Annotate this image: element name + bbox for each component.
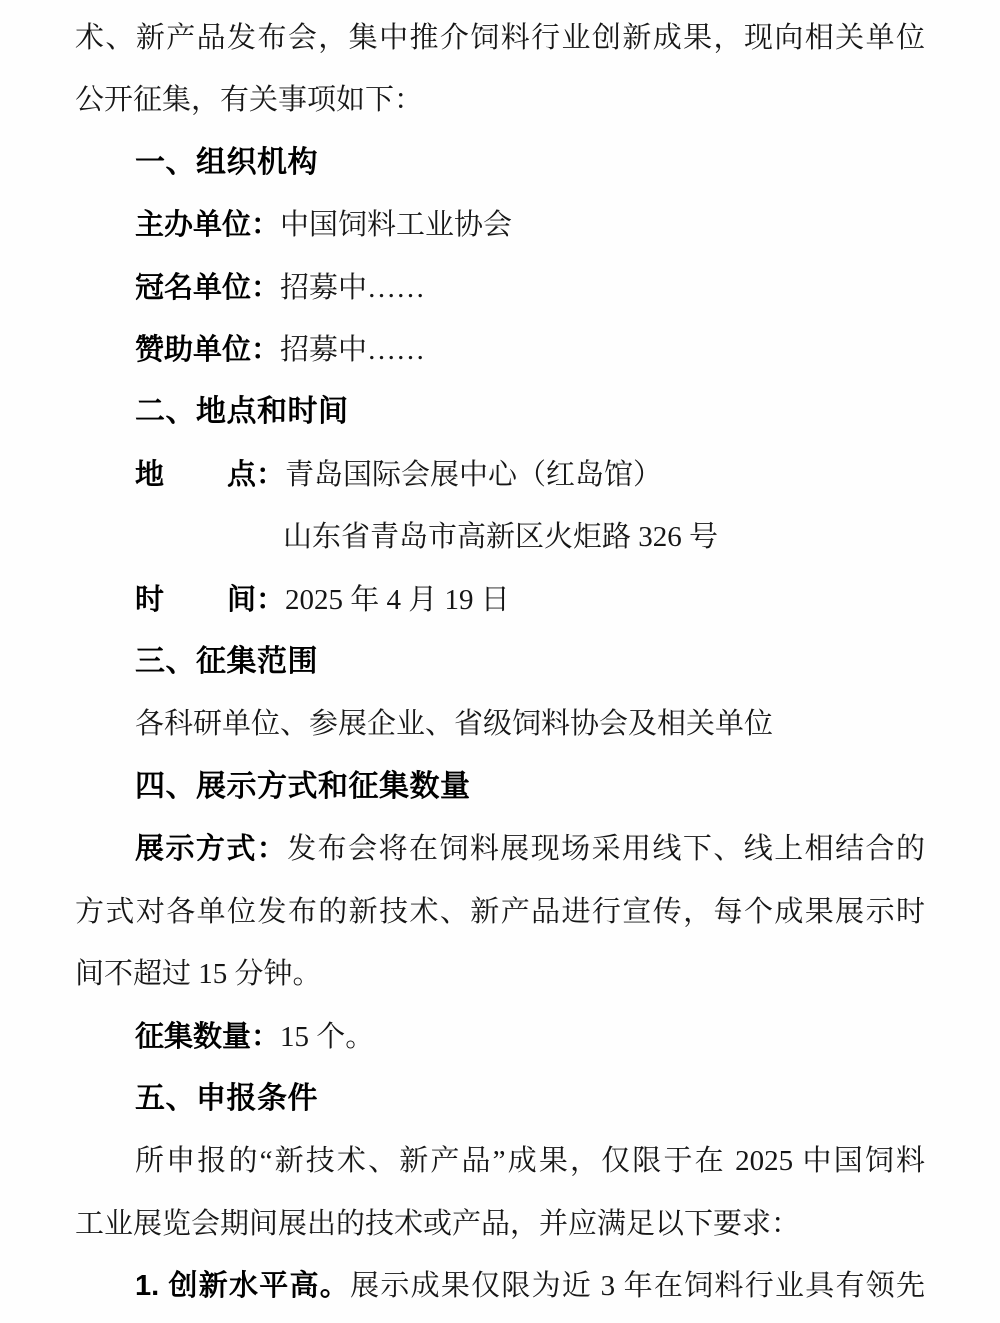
document-page: 术、新产品发布会，集中推介饲料行业创新成果，现向相关单位 公开征集，有关事项如下… [0, 0, 1000, 1323]
condition-item-1-label: 1. 创新水平高。 [135, 1270, 350, 1302]
title-sponsor-line: 冠名单位：招募中…… [75, 257, 925, 319]
conditions-intro-line-2: 工业展览会期间展出的技术或产品，并应满足以下要求： [75, 1193, 925, 1255]
display-method-label: 展示方式： [135, 833, 287, 865]
time-value: 2025 年 4 月 19 日 [285, 584, 510, 616]
display-method-continuation-line-1: 方式对各单位发布的新技术、新产品进行宣传，每个成果展示时 [75, 881, 925, 943]
time-line: 时间：2025 年 4 月 19 日 [75, 569, 925, 631]
time-label-part-b: 间： [227, 569, 285, 631]
sponsor-line: 赞助单位：招募中…… [75, 319, 925, 381]
location-value: 青岛国际会展中心（红岛馆） [285, 459, 662, 491]
collection-quantity-line: 征集数量：15 个。 [75, 1006, 925, 1068]
conditions-intro-line-1: 所申报的“新技术、新产品”成果，仅限于在 2025 中国饲料 [75, 1130, 925, 1192]
host-unit-line: 主办单位：中国饲料工业协会 [75, 194, 925, 256]
heading-organization: 一、组织机构 [75, 132, 925, 194]
heading-location-and-time: 二、地点和时间 [75, 381, 925, 443]
intro-paragraph-line-2: 公开征集，有关事项如下： [75, 69, 925, 131]
heading-display-method-quantity: 四、展示方式和征集数量 [75, 756, 925, 818]
sponsor-label: 赞助单位： [135, 334, 280, 366]
heading-collection-scope: 三、征集范围 [75, 631, 925, 693]
location-address-line: 山东省青岛市高新区火炬路 326 号 [75, 506, 925, 568]
title-sponsor-label: 冠名单位： [135, 272, 280, 304]
collection-quantity-label: 征集数量： [135, 1021, 280, 1053]
location-line: 地点：青岛国际会展中心（红岛馆） [75, 444, 925, 506]
heading-application-conditions: 五、申报条件 [75, 1068, 925, 1130]
condition-item-1-value: 展示成果仅限为近 3 年在饲料行业具有领先 [350, 1270, 925, 1302]
sponsor-value: 招募中…… [280, 334, 425, 366]
host-unit-label: 主办单位： [135, 209, 280, 241]
collection-quantity-value: 15 个。 [280, 1021, 374, 1053]
time-label: 时间： [135, 569, 285, 631]
time-label-part-a: 时 [135, 569, 164, 631]
display-method-line: 展示方式：发布会将在饲料展现场采用线下、线上相结合的 [75, 818, 925, 880]
display-method-value: 发布会将在饲料展现场采用线下、线上相结合的 [287, 833, 925, 865]
intro-paragraph-line-1: 术、新产品发布会，集中推介饲料行业创新成果，现向相关单位 [75, 7, 925, 69]
location-label: 地点： [135, 444, 285, 506]
title-sponsor-value: 招募中…… [280, 272, 425, 304]
collection-scope-line: 各科研单位、参展企业、省级饲料协会及相关单位 [75, 693, 925, 755]
location-label-part-a: 地 [135, 444, 164, 506]
location-label-part-b: 点： [227, 444, 285, 506]
host-unit-value: 中国饲料工业协会 [280, 209, 512, 241]
condition-item-1-line: 1. 创新水平高。展示成果仅限为近 3 年在饲料行业具有领先 [75, 1255, 925, 1317]
display-method-continuation-line-2: 间不超过 15 分钟。 [75, 943, 925, 1005]
